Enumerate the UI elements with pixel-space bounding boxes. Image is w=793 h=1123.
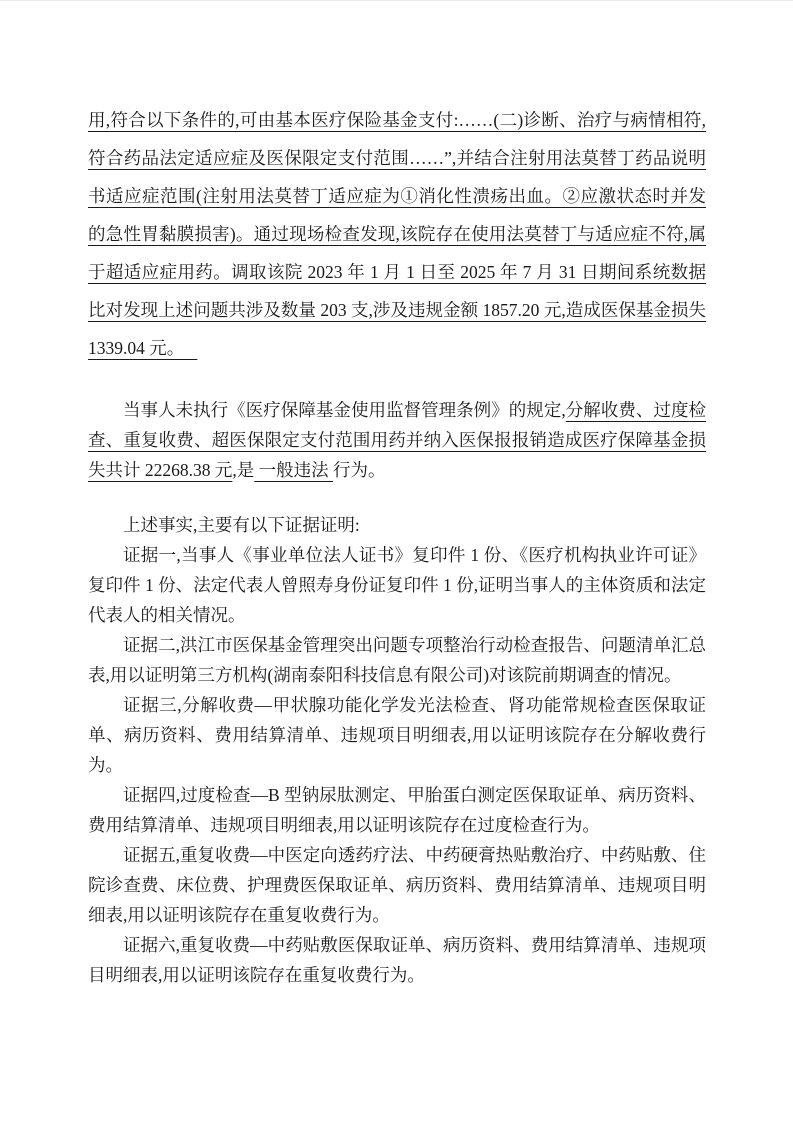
evidence-item-6: 证据六,重复收费—中药贴敷医保取证单、病历资料、费用结算清单、违规项目明细表,用… bbox=[88, 930, 706, 990]
document-body: 用,符合以下条件的,可由基本医疗保险基金支付:……(二)诊断、治疗与病情相符,符… bbox=[88, 101, 706, 990]
continuation-paragraph: 用,符合以下条件的,可由基本医疗保险基金支付:……(二)诊断、治疗与病情相符,符… bbox=[88, 101, 706, 367]
determination-tail: 行为。 bbox=[333, 460, 386, 480]
evidence-item-3: 证据三,分解收费—甲状腺功能化学发光法检查、肾功能常规检查医保取证单、病历资料、… bbox=[88, 690, 706, 780]
document-page: 用,符合以下条件的,可由基本医疗保险基金支付:……(二)诊断、治疗与病情相符,符… bbox=[0, 0, 793, 1123]
determination-connector: ,是 bbox=[232, 460, 254, 480]
evidence-item-2: 证据二,洪江市医保基金管理突出问题专项整治行动检查报告、问题清单汇总表,用以证明… bbox=[88, 630, 706, 690]
evidence-item-5: 证据五,重复收费—中医定向透药疗法、中药硬膏热贴敷治疗、中药贴敷、住院诊查费、床… bbox=[88, 840, 706, 930]
evidence-item-1: 证据一,当事人《事业单位法人证书》复印件 1 份、《医疗机构执业许可证》复印件 … bbox=[88, 540, 706, 630]
violation-level-underlined: 一般违法 bbox=[254, 460, 333, 480]
determination-paragraph: 当事人未执行《医疗保障基金使用监督管理条例》的规定,分解收费、过度检查、重复收费… bbox=[88, 395, 706, 485]
evidence-intro: 上述事实,主要有以下证据证明: bbox=[88, 510, 706, 540]
determination-lead: 当事人未执行《医疗保障基金使用监督管理条例》的规定, bbox=[123, 400, 566, 420]
evidence-item-4: 证据四,过度检查—B 型钠尿肽测定、甲胎蛋白测定医保取证单、病历资料、费用结算清… bbox=[88, 780, 706, 840]
